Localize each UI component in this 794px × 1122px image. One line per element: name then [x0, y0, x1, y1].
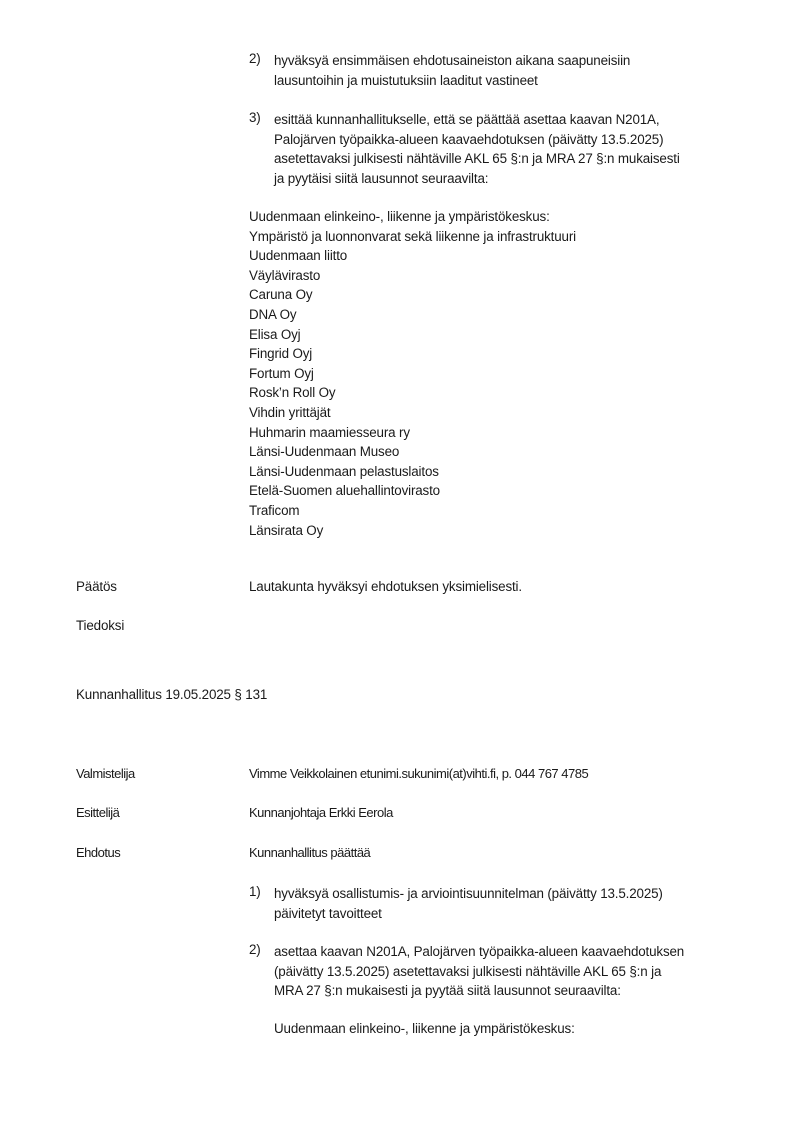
recipient-item: Uudenmaan liitto: [249, 246, 576, 266]
recipient-item: Vihdin yrittäjät: [249, 403, 576, 423]
decision-label: Päätös: [76, 579, 117, 594]
recipient-item: Etelä-Suomen aluehallintovirasto: [249, 481, 576, 501]
list-number: 3): [249, 110, 261, 125]
recipient-item: Uudenmaan elinkeino-, liikenne ja ympäri…: [249, 207, 576, 227]
proposal-label: Ehdotus: [76, 845, 120, 860]
list-item-text: esittää kunnanhallitukselle, että se pää…: [274, 110, 680, 188]
preparer-label: Valmistelija: [76, 766, 135, 781]
recipient-item: Länsi-Uudenmaan pelastuslaitos: [249, 462, 576, 482]
text-line: Palojärven työpaikka-alueen kaavaehdotuk…: [274, 130, 680, 150]
recipient-item: Fortum Oyj: [249, 364, 576, 384]
recipient-item: Huhmarin maamiesseura ry: [249, 423, 576, 443]
recipient-item: Länsi-Uudenmaan Museo: [249, 442, 576, 462]
text-line: MRA 27 §:n mukaisesti ja pyytää siitä la…: [274, 981, 684, 1001]
meeting-heading: Kunnanhallitus 19.05.2025 § 131: [76, 687, 267, 702]
recipient-item: Länsirata Oy: [249, 521, 576, 541]
decision-text: Lautakunta hyväksyi ehdotuksen yksimieli…: [249, 579, 522, 594]
notice-label: Tiedoksi: [76, 618, 124, 633]
recipients-list: Uudenmaan elinkeino-, liikenne ja ympäri…: [249, 207, 576, 540]
recipient-item: Fingrid Oyj: [249, 344, 576, 364]
text-line: asettaa kaavan N201A, Palojärven työpaik…: [274, 942, 684, 962]
recipient-item: Elisa Oyj: [249, 325, 576, 345]
list-item-text: hyväksyä ensimmäisen ehdotusaineiston ai…: [274, 51, 630, 90]
recipient-item: Traficom: [249, 501, 576, 521]
presenter-label: Esittelijä: [76, 805, 119, 820]
recipient-item: Rosk’n Roll Oy: [249, 383, 576, 403]
list-item-text: asettaa kaavan N201A, Palojärven työpaik…: [274, 942, 684, 1001]
recipient-item: Väylävirasto: [249, 266, 576, 286]
text-line: asetettavaksi julkisesti nähtäville AKL …: [274, 149, 680, 169]
text-line: (päivätty 13.5.2025) asetettavaksi julki…: [274, 962, 684, 982]
text-line: hyväksyä osallistumis- ja arviointisuunn…: [274, 884, 663, 904]
recipient-item: Ympäristö ja luonnonvarat sekä liikenne …: [249, 227, 576, 247]
presenter-text: Kunnanjohtaja Erkki Eerola: [249, 805, 393, 820]
recipient-item: DNA Oy: [249, 305, 576, 325]
list-number: 2): [249, 51, 261, 66]
text-line: päivitetyt tavoitteet: [274, 904, 663, 924]
text-line: hyväksyä ensimmäisen ehdotusaineiston ai…: [274, 51, 630, 71]
text-line: ja pyytäisi siitä lausunnot seuraavilta:: [274, 169, 680, 189]
text-line: esittää kunnanhallitukselle, että se pää…: [274, 110, 680, 130]
recipient-item: Caruna Oy: [249, 285, 576, 305]
preparer-text: Vimme Veikkolainen etunimi.sukunimi(at)v…: [249, 766, 588, 781]
list-number: 1): [249, 884, 261, 899]
proposal-text: Kunnanhallitus päättää: [249, 845, 370, 860]
recipients-heading: Uudenmaan elinkeino-, liikenne ja ympäri…: [274, 1021, 575, 1036]
text-line: lausuntoihin ja muistutuksiin laaditut v…: [274, 71, 630, 91]
list-item-text: hyväksyä osallistumis- ja arviointisuunn…: [274, 884, 663, 923]
list-number: 2): [249, 942, 261, 957]
